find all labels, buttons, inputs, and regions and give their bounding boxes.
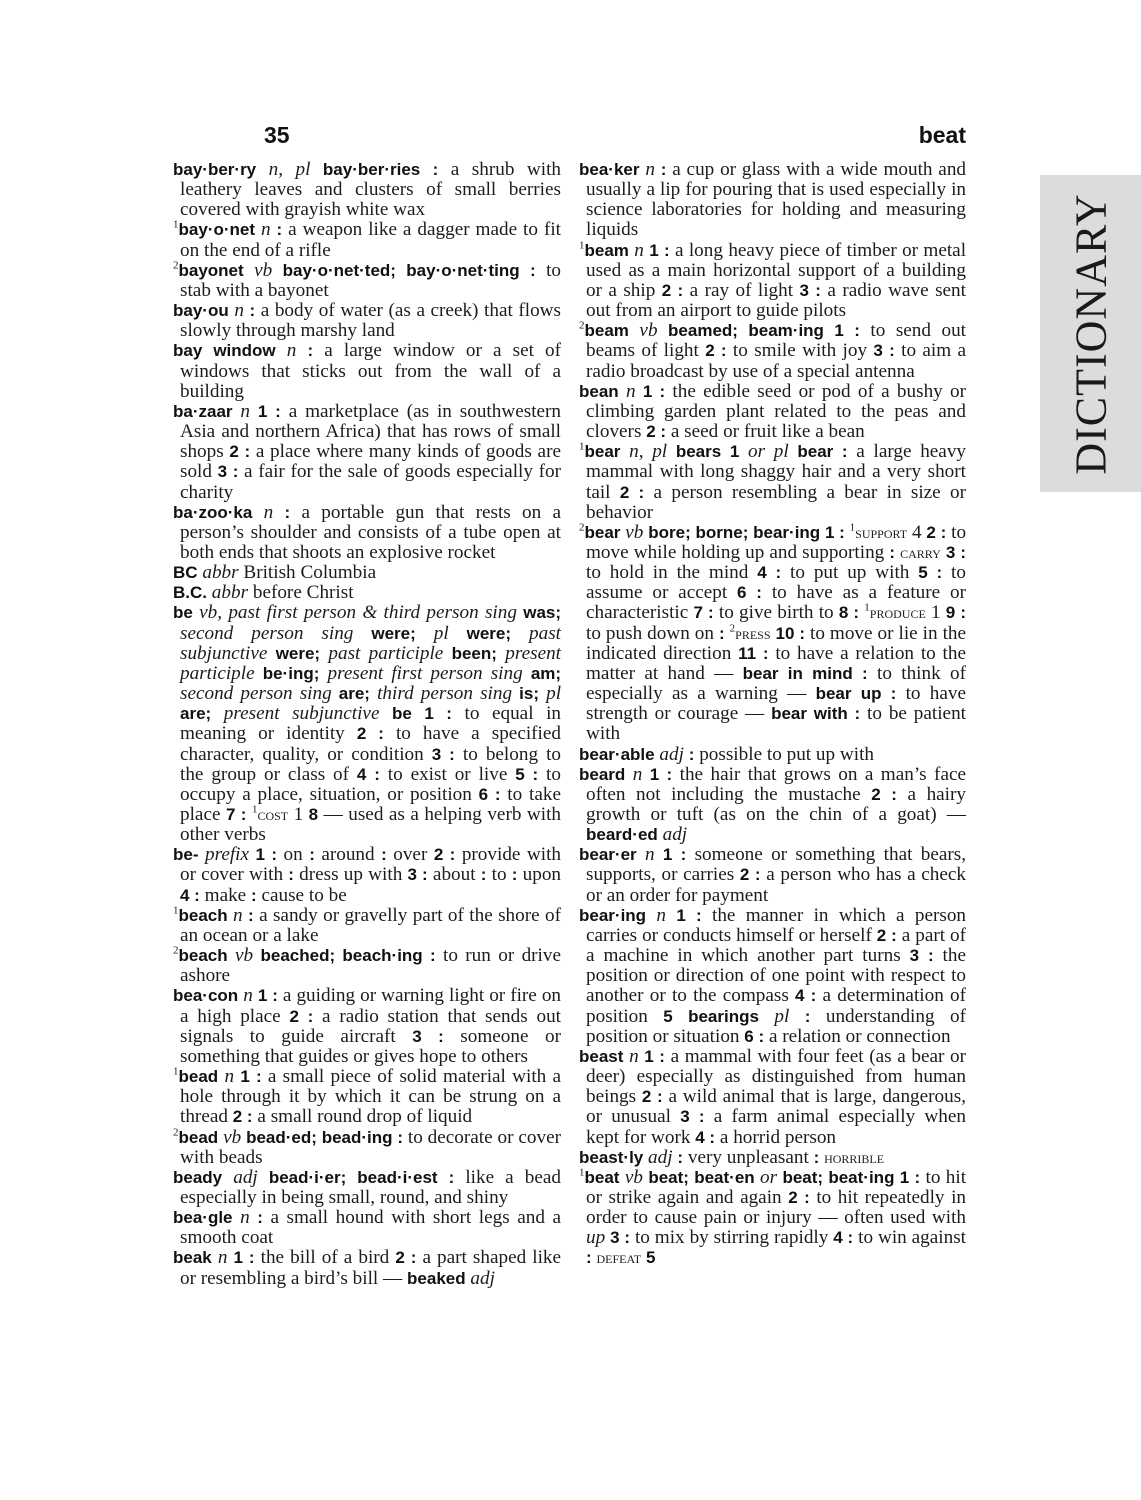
italic-label: pl: [546, 683, 561, 704]
definition-text: to exist or live: [380, 764, 515, 785]
definition-text: a relation or connection: [764, 1026, 950, 1047]
bold-label: 8 :: [839, 603, 859, 622]
bold-label: bear with :: [771, 704, 860, 723]
bold-label: were;: [371, 624, 415, 643]
headword: bear·ing: [579, 906, 646, 925]
bold-label: beat; beat·ing 1 :: [782, 1168, 920, 1187]
headword: bear·er: [579, 845, 637, 864]
definition-text: [759, 1006, 774, 1027]
dictionary-entry: beak n 1 : the bill of a bird 2 : a part…: [173, 1248, 561, 1288]
dictionary-entry: bay window n : a large window or a set o…: [173, 341, 561, 401]
dictionary-entry: 2beam vb beamed; beam·ing 1 : to send ou…: [579, 321, 966, 381]
definition-text: dress up with: [294, 864, 408, 885]
dictionary-entry: bear·ing n 1 : the manner in which a per…: [579, 906, 966, 1047]
definition-text: [256, 159, 268, 180]
bold-label: 3 :: [610, 1228, 630, 1247]
italic-label: present first person sing: [327, 663, 522, 684]
headword: BC: [173, 563, 198, 582]
headword: bay·o·net: [179, 220, 256, 239]
cross-reference: support: [855, 523, 907, 542]
definition-text: a horrid person: [715, 1127, 836, 1148]
bold-label: 9 :: [946, 603, 966, 622]
bold-label: is;: [519, 684, 539, 703]
definition-text: [250, 401, 258, 422]
bold-label: 2 :: [620, 483, 644, 502]
italic-label: second person sing: [180, 683, 332, 704]
dictionary-entry: beard n 1 : the hair that grows on a man…: [579, 765, 966, 846]
bold-label: 4 :: [695, 1128, 715, 1147]
definition-text: [636, 381, 643, 402]
bold-label: 4 :: [180, 886, 200, 905]
dictionary-entry: be vb, past first person & third person …: [173, 603, 561, 845]
bold-label: 2 :: [642, 1087, 663, 1106]
bold-label: bay·ber·ries :: [323, 160, 438, 179]
bold-label: :: [719, 624, 725, 643]
bold-label: bead·ed; bead·ing :: [246, 1128, 403, 1147]
bold-label: bear in mind :: [743, 664, 868, 683]
bold-label: 6 :: [744, 1027, 764, 1046]
bold-label: 1 :: [240, 1067, 261, 1086]
italic-label: n: [233, 905, 243, 926]
bold-label: 2 :: [289, 1007, 313, 1026]
bold-label: 7 :: [226, 805, 247, 824]
headword: ba·zoo·ka: [173, 503, 252, 522]
bold-label: 3 :: [910, 946, 934, 965]
definition-text: to give birth to: [714, 602, 839, 623]
headword: bay·ou: [173, 301, 229, 320]
headword: beat: [585, 1168, 620, 1187]
definition-text: [620, 441, 629, 462]
definition-text: [276, 340, 287, 361]
italic-label: prefix: [205, 844, 249, 865]
bold-label: 4 :: [357, 765, 380, 784]
bold-label: 2 :: [705, 341, 726, 360]
bold-label: 3 :: [432, 745, 455, 764]
definition-text: [666, 905, 676, 926]
bold-label: 1 :: [650, 765, 672, 784]
definition-text: [332, 683, 339, 704]
dictionary-entry: 2bead vb bead·ed; bead·ing : to decorate…: [173, 1128, 561, 1168]
dictionary-entry: bay·ber·ry n, pl bay·ber·ries : a shrub …: [173, 160, 561, 220]
italic-label: vb: [625, 1167, 643, 1188]
definition-text: to smile with joy: [727, 340, 874, 361]
definition-text: [443, 643, 451, 664]
headword: beady: [173, 1168, 222, 1187]
dictionary-entry: 2beach vb beached; beach·ing : to run or…: [173, 946, 561, 986]
bold-label: 1 :: [649, 241, 669, 260]
headword: be-: [173, 845, 199, 864]
italic-label: vb: [639, 320, 657, 341]
italic-label: n: [243, 985, 253, 1006]
dictionary-entry: 1beat vb beat; beat·en or beat; beat·ing…: [579, 1168, 966, 1269]
dictionary-entry: bear·able adj : possible to put up with: [579, 745, 966, 765]
left-column: bay·ber·ry n, pl bay·ber·ries : a shrub …: [173, 160, 561, 1289]
bold-label: 1 :: [258, 402, 281, 421]
headword: beast: [579, 1047, 623, 1066]
definition-text: to: [486, 864, 511, 885]
italic-label: pl: [434, 623, 449, 644]
definition-text: [370, 683, 377, 704]
definition-text: [228, 945, 235, 966]
headword: bay·ber·ry: [173, 160, 256, 179]
italic-label: n: [264, 502, 274, 523]
bold-label: are;: [180, 704, 211, 723]
headword: bay window: [173, 341, 276, 360]
definition-text: [511, 623, 529, 644]
italic-label: or: [760, 1167, 777, 1188]
dictionary-entry: bean n 1 : the edible seed or pod of a b…: [579, 382, 966, 442]
bold-label: 2 :: [871, 785, 897, 804]
bold-label: 4 :: [795, 986, 816, 1005]
italic-label: n: [634, 240, 644, 261]
definition-text: [637, 844, 645, 865]
headword: bear: [585, 523, 621, 542]
bold-label: 11 :: [738, 644, 768, 663]
definition-text: [255, 663, 263, 684]
bold-label: 6 :: [479, 785, 501, 804]
bold-label: 5 :: [918, 563, 942, 582]
bold-label: are;: [339, 684, 370, 703]
dictionary-entry: 2bear vb bore; borne; bear·ing 1 : 1supp…: [579, 523, 966, 745]
definition-text: [272, 260, 282, 281]
bold-label: 1 :: [663, 845, 686, 864]
headword: bear: [585, 442, 621, 461]
italic-label: present subjunctive: [224, 703, 380, 724]
italic-label: n: [224, 1066, 234, 1087]
definition-text: [449, 623, 467, 644]
definition-text: [520, 260, 530, 281]
section-tab-label: DICTIONARY: [1065, 193, 1116, 474]
headword: beach: [179, 946, 228, 965]
bold-label: 3 :: [412, 1027, 444, 1046]
headword: bea·con: [173, 986, 238, 1005]
definition-text: [258, 1167, 269, 1188]
definition-text: to win against: [853, 1227, 966, 1248]
italic-label: abbr: [202, 562, 238, 583]
dictionary-entry: 1bead n 1 : a small piece of solid mater…: [173, 1067, 561, 1127]
headword: beach: [179, 906, 228, 925]
definition-text: possible to put up with: [694, 744, 874, 765]
definition-text: [252, 502, 263, 523]
dictionary-entry: bea·con n 1 : a guiding or warning light…: [173, 986, 561, 1067]
bold-label: beamed; beam·ing 1 :: [668, 321, 860, 340]
dictionary-entry: ba·zoo·ka n : a portable gun that rests …: [173, 503, 561, 563]
definition-text: [667, 441, 676, 462]
definition-text: over: [387, 844, 434, 865]
definition-text: [416, 623, 434, 644]
bold-label: 2 :: [233, 1107, 253, 1126]
bold-label: :: [586, 1248, 592, 1267]
bold-label: 2 :: [740, 865, 761, 884]
bold-label: bore; borne; bear·ing 1 :: [648, 523, 845, 542]
dictionary-entry: BC abbr British Columbia: [173, 563, 561, 583]
bold-label: 1 :: [643, 382, 665, 401]
cross-reference: produce: [870, 603, 926, 622]
bold-label: 2 :: [662, 281, 683, 300]
definition-text: about: [428, 864, 481, 885]
italic-label: n: [287, 340, 297, 361]
definition-text: to push down on: [586, 623, 719, 644]
bold-label: 2 :: [646, 422, 666, 441]
bold-label: bead·i·er; bead·i·est :: [269, 1168, 454, 1187]
definition-text: before Christ: [248, 582, 354, 603]
bold-label: 2 :: [395, 1248, 416, 1267]
definition-text: around: [315, 844, 381, 865]
italic-label: adj: [648, 1147, 673, 1168]
italic-label: n: [234, 300, 244, 321]
definition-text: [267, 643, 275, 664]
definition-text: on: [277, 844, 309, 865]
definition-text: to hold in the mind: [586, 562, 757, 583]
italic-label: adj: [663, 824, 688, 845]
definition-text: [497, 643, 505, 664]
bold-label: beard·ed: [586, 825, 658, 844]
headword: beam: [585, 241, 629, 260]
italic-label: n: [240, 1207, 250, 1228]
dictionary-entry: B.C. abbr before Christ: [173, 583, 561, 603]
definition-text: make: [200, 885, 251, 906]
definition-text: [789, 1006, 804, 1027]
italic-label: vb: [223, 1127, 241, 1148]
definition-text: a ray of light: [683, 280, 799, 301]
italic-label: n, pl: [269, 159, 311, 180]
definition-text: [629, 320, 640, 341]
definition-text: [642, 764, 649, 785]
bold-label: 2 :: [788, 1188, 810, 1207]
bold-label: bay·o·net·ted; bay·o·net·ting: [283, 261, 520, 280]
headword: bean: [579, 382, 619, 401]
bold-label: 10 :: [776, 624, 806, 643]
cross-reference: cost: [257, 805, 288, 824]
definition-text: cause to be: [257, 885, 347, 906]
italic-label: n: [629, 1046, 639, 1067]
dictionary-entry: beady adj bead·i·er; bead·i·est : like a…: [173, 1168, 561, 1208]
bold-label: 1 :: [258, 986, 278, 1005]
section-thumb-tab: DICTIONARY: [1040, 175, 1141, 492]
cross-reference: defeat: [596, 1248, 641, 1267]
dictionary-entry: bea·ker n : a cup or glass with a wide m…: [579, 160, 966, 241]
italic-label: adj: [659, 744, 684, 765]
dictionary-entry: 1beach n : a sandy or gravelly part of t…: [173, 906, 561, 946]
italic-label: pl: [774, 1006, 789, 1027]
dictionary-entry: be- prefix 1 : on : around : over 2 : pr…: [173, 845, 561, 905]
bold-label: 7 :: [693, 603, 713, 622]
bold-label: 4 :: [833, 1228, 853, 1247]
bold-label: bears 1: [676, 442, 739, 461]
italic-label: n: [645, 159, 655, 180]
italic-label: adj: [470, 1268, 495, 1289]
definition-text: [655, 844, 663, 865]
dictionary-entry: 1bear n, pl bears 1 or pl bear : a large…: [579, 442, 966, 523]
definition-text: [646, 905, 656, 926]
cross-reference: press: [735, 624, 770, 643]
bold-label: 2 :: [357, 724, 384, 743]
bold-label: were;: [467, 624, 511, 643]
italic-label: or pl: [748, 441, 789, 462]
bold-label: 5: [646, 1248, 655, 1267]
page-number: 35: [264, 122, 290, 149]
bold-label: be 1 :: [392, 704, 452, 723]
definition-text: [658, 320, 669, 341]
definition-text: [379, 703, 392, 724]
dictionary-entry: bay·ou n : a body of water (as a creek) …: [173, 301, 561, 341]
dictionary-entry: beast·ly adj : very unpleasant : horribl…: [579, 1148, 966, 1168]
bold-label: 2 :: [877, 926, 897, 945]
italic-label: third person sing: [377, 683, 512, 704]
headword: B.C.: [173, 583, 207, 602]
definition-text: the bill of a bird: [255, 1247, 396, 1268]
bold-label: 8: [309, 805, 318, 824]
definition-text: to mix by stirring rapidly: [630, 1227, 833, 1248]
bold-label: beat; beat·en: [648, 1168, 754, 1187]
headword: bea·gle: [173, 1208, 233, 1227]
right-column: bea·ker n : a cup or glass with a wide m…: [579, 160, 966, 1269]
bold-label: 2 :: [926, 523, 946, 542]
definition-text: [244, 260, 254, 281]
bold-label: were;: [276, 644, 320, 663]
definition-text: [273, 502, 284, 523]
bold-label: 4 :: [757, 563, 781, 582]
headword: beard: [579, 765, 625, 784]
italic-label: vb: [625, 522, 643, 543]
definition-text: [739, 441, 748, 462]
bold-label: 2 :: [229, 442, 250, 461]
italic-label: n, pl: [629, 441, 667, 462]
bold-label: 2 :: [434, 845, 456, 864]
headword: ba·zaar: [173, 402, 233, 421]
bold-label: beaked: [407, 1269, 466, 1288]
italic-label: vb, past first person & third person sin…: [199, 602, 517, 623]
italic-label: past participle: [328, 643, 443, 664]
definition-text: very unpleasant: [683, 1147, 814, 1168]
italic-label: vb: [254, 260, 272, 281]
definition-text: [523, 663, 531, 684]
definition-text: [296, 340, 307, 361]
bold-label: am;: [531, 664, 561, 683]
italic-label: second person sing: [180, 623, 353, 644]
italic-label: abbr: [212, 582, 248, 603]
definition-text: 1: [288, 804, 309, 825]
bold-label: 3 :: [800, 281, 821, 300]
bold-label: 3 :: [873, 341, 894, 360]
italic-label: up: [586, 1227, 605, 1248]
bold-label: was;: [523, 603, 561, 622]
bold-label: 1 :: [233, 1248, 254, 1267]
definition-text: 1: [926, 602, 946, 623]
italic-label: n: [645, 844, 655, 865]
definition-text: upon: [517, 864, 561, 885]
cross-reference: carry: [900, 543, 941, 562]
bold-label: been;: [452, 644, 497, 663]
headword: bea·ker: [579, 160, 639, 179]
cross-reference: horrible: [824, 1148, 884, 1167]
definition-text: [310, 159, 322, 180]
italic-label: adj: [233, 1167, 258, 1188]
bold-label: 3 :: [946, 543, 966, 562]
headword: bead: [179, 1128, 219, 1147]
dictionary-entry: beast n 1 : a mammal with four feet (as …: [579, 1047, 966, 1148]
definition-text: a small round drop of liquid: [253, 1106, 473, 1127]
bold-label: 3 :: [407, 865, 427, 884]
definition-text: [222, 1167, 233, 1188]
italic-label: n: [218, 1247, 228, 1268]
definition-text: [619, 381, 626, 402]
bold-label: 1 :: [676, 906, 701, 925]
bold-label: 3 :: [218, 462, 239, 481]
dictionary-entry: bea·gle n : a small hound with short leg…: [173, 1208, 561, 1248]
bold-label: 6 :: [737, 583, 762, 602]
bold-label: 5 bearings: [663, 1007, 759, 1026]
headword: bead: [179, 1067, 219, 1086]
bold-label: bear up :: [816, 684, 897, 703]
bold-label: be·ing;: [263, 664, 320, 683]
bold-label: 1 :: [644, 1047, 665, 1066]
definition-text: a fair for the sale of goods especially …: [180, 461, 561, 502]
dictionary-entry: bear·er n 1 : someone or something that …: [579, 845, 966, 905]
italic-label: n: [633, 764, 643, 785]
headword: beam: [585, 321, 629, 340]
italic-label: n: [626, 381, 636, 402]
dictionary-entry: ba·zaar n 1 : a marketplace (as in south…: [173, 402, 561, 503]
definition-text: to put up with: [781, 562, 918, 583]
dictionary-entry: 2bayonet vb bay·o·net·ted; bay·o·net·tin…: [173, 261, 561, 301]
definition-text: [233, 1207, 241, 1228]
bold-label: beached; beach·ing :: [260, 946, 435, 965]
guide-word: beat: [919, 122, 966, 149]
bold-label: bear :: [797, 442, 847, 461]
italic-label: n: [656, 905, 666, 926]
italic-label: n: [261, 219, 271, 240]
definition-text: a seed or fruit like a bean: [666, 421, 865, 442]
italic-label: n: [240, 401, 250, 422]
italic-label: vb: [235, 945, 253, 966]
headword: beast·ly: [579, 1148, 643, 1167]
headword: beak: [173, 1248, 212, 1267]
definition-text: 4: [907, 522, 926, 543]
bold-label: 1 :: [256, 845, 278, 864]
headword: bear·able: [579, 745, 655, 764]
dictionary-entry: 1bay·o·net n : a weapon like a dagger ma…: [173, 220, 561, 260]
dictionary-entry: 1beam n 1 : a long heavy piece of timber…: [579, 241, 966, 322]
definition-text: [625, 764, 632, 785]
headword: bayonet: [179, 261, 244, 280]
bold-label: 5 :: [515, 765, 538, 784]
headword: be: [173, 603, 193, 622]
definition-text: [353, 623, 371, 644]
bold-label: 3 :: [680, 1107, 704, 1126]
definition-text: [211, 703, 224, 724]
definition-text: British Columbia: [239, 562, 377, 583]
